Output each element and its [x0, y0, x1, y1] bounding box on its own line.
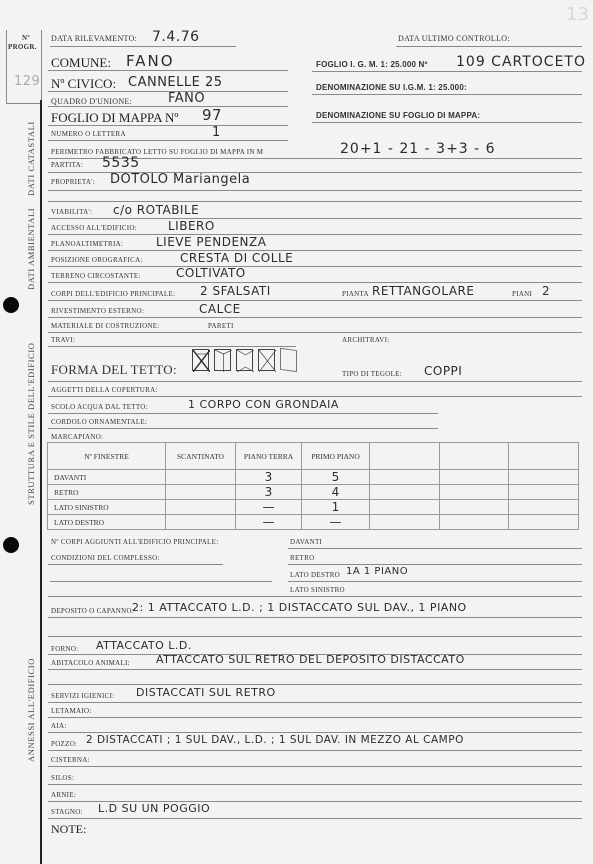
aggiunti-retro-label: RETRO: [290, 554, 314, 562]
scolo-label: SCOLO ACQUA DAL TETTO:: [51, 403, 148, 411]
col-header: SCANTINATO: [166, 443, 236, 470]
viabilita-value[interactable]: c/o ROTABILE: [113, 203, 199, 217]
pozzo-label: POZZO:: [51, 740, 77, 748]
table-row: LATO DESTRO — —: [48, 515, 579, 530]
travi-label: TRAVI:: [51, 336, 75, 344]
roof-hip-icon-selected[interactable]: [192, 349, 209, 371]
aggetti-label: AGGETTI DELLA COPERTURA:: [51, 386, 158, 394]
forma-tetto-label: FORMA DEL TETTO:: [51, 362, 177, 378]
rivestimento-value[interactable]: CALCE: [199, 302, 241, 316]
posizione-label: POSIZIONE OROGRAFICA:: [51, 256, 143, 264]
corpi-aggiunti-label: Nº CORPI AGGIUNTI ALL'EDIFICIO PRINCIPAL…: [51, 538, 218, 546]
marcapiano-label: MARCAPIANO:: [51, 433, 103, 441]
materiale-label: MATERIALE DI COSTRUZIONE:: [51, 322, 160, 330]
civico-value[interactable]: CANNELLE 25: [128, 75, 223, 90]
abitacolo-value[interactable]: ATTACCATO SUL RETRO DEL DEPOSITO DISTACC…: [156, 653, 465, 666]
data-ultimo-controllo-label: DATA ULTIMO CONTROLLO:: [398, 34, 510, 43]
windows-table: Nº FINESTRE SCANTINATO PIANO TERRA PRIMO…: [47, 442, 579, 530]
roof-gable-icon[interactable]: [214, 349, 231, 371]
section-dati-ambientali: DATI AMBIENTALI: [26, 208, 36, 290]
perimetro-value[interactable]: 20+1 - 21 - 3+3 - 6: [340, 141, 496, 157]
pareti-label: PARETI: [208, 322, 234, 330]
piani-label: PIANI: [512, 290, 532, 298]
denominazione-igm-label: DENOMINAZIONE SU I.G.M. 1: 25.000:: [316, 83, 467, 92]
planoaltimetria-label: PLANOALTIMETRIA:: [51, 240, 123, 248]
numero-lettera-value[interactable]: 1: [212, 125, 221, 140]
col-header: PIANO TERRA: [236, 443, 302, 470]
foglio-igm-value[interactable]: 109 CARTOCETO: [456, 54, 586, 70]
data-rilevamento-value[interactable]: 7.4.76: [152, 29, 200, 45]
comune-value[interactable]: FANO: [126, 52, 175, 70]
roof-hip-alt-icon[interactable]: [258, 349, 275, 371]
foglio-mappa-value[interactable]: 97: [202, 106, 222, 124]
col-header: PRIMO PIANO: [302, 443, 370, 470]
aggiunti-davanti-label: DAVANTI: [290, 538, 322, 546]
survey-form-page: 13 Nº PROGR. 129 DATI CATASTALI DATI AMB…: [0, 0, 593, 864]
rivestimento-label: RIVESTIMENTO ESTERNO:: [51, 307, 144, 315]
posizione-value[interactable]: CRESTA DI COLLE: [180, 251, 293, 265]
accesso-value[interactable]: LIBERO: [168, 219, 215, 233]
abitacolo-label: ABITACOLO ANIMALI:: [51, 659, 130, 667]
planoaltimetria-value[interactable]: LIEVE PENDENZA: [156, 235, 266, 249]
terreno-label: TERRENO CIRCOSTANTE:: [51, 272, 141, 280]
aia-label: AIA:: [51, 722, 67, 730]
col-header: [439, 443, 509, 470]
denominazione-mappa-label: DENOMINAZIONE SU FOGLIO DI MAPPA:: [316, 111, 480, 120]
stagno-label: STAGNO:: [51, 808, 83, 816]
pianta-label: PIANTA: [342, 290, 369, 298]
silos-label: SILOS:: [51, 774, 74, 782]
perimetro-label: PERIMETRO FABBRICATO LETTO SU FOGLIO DI …: [51, 148, 263, 156]
cordolo-label: CORDOLO ORNAMENTALE:: [51, 418, 147, 426]
section-dati-catastali: DATI CATASTALI: [26, 121, 36, 196]
proprieta-label: PROPRIETA':: [51, 178, 95, 186]
piani-value[interactable]: 2: [542, 284, 550, 298]
prog-label-n: Nº: [22, 34, 30, 42]
prog-label: PROGR.: [8, 43, 37, 51]
accesso-label: ACCESSO ALL'EDIFICIO:: [51, 224, 137, 232]
roof-shape-options: [192, 349, 302, 371]
cisterna-label: CISTERNA:: [51, 756, 90, 764]
condizioni-label: CONDIZIONI DEL COMPLESSO:: [51, 554, 160, 562]
corpi-label: CORPI DELL'EDIFICIO PRINCIPALE:: [51, 290, 175, 298]
table-row: LATO SINISTRO — 1: [48, 500, 579, 515]
table-row: DAVANTI 3 5: [48, 470, 579, 485]
deposito-label: DEPOSITO o CAPANNO:: [51, 607, 134, 615]
pianta-value[interactable]: RETTANGOLARE: [372, 284, 474, 298]
partita-label: PARTITA:: [51, 161, 83, 169]
architravi-label: ARCHITRAVI:: [342, 336, 390, 344]
numero-lettera-label: NUMERO o LETTERA: [51, 130, 126, 138]
tegole-label: TIPO DI TEGOLE:: [342, 370, 402, 378]
table-row: RETRO 3 4: [48, 485, 579, 500]
proprieta-value[interactable]: DOTOLO Mariangela: [110, 172, 250, 187]
quadro-unione-label: QUADRO D'UNIONE:: [51, 97, 132, 106]
aggiunti-lato-destro-label: LATO DESTRO: [290, 571, 340, 579]
scolo-value[interactable]: 1 CORPO CON GRONDAIA: [188, 398, 339, 411]
data-rilevamento-label: DATA RILEVAMENTO:: [51, 34, 137, 43]
servizi-value[interactable]: DISTACCATI SUL RETRO: [136, 686, 276, 699]
corner-mark: 13: [566, 4, 589, 25]
pozzo-value[interactable]: 2 DISTACCATI ; 1 SUL DAV., L.D. ; 1 SUL …: [86, 734, 464, 746]
foglio-mappa-label: FOGLIO DI MAPPA Nº: [51, 110, 178, 126]
viabilita-label: VIABILITA':: [51, 208, 92, 216]
col-header: [370, 443, 440, 470]
table-header-row: Nº FINESTRE SCANTINATO PIANO TERRA PRIMO…: [48, 443, 579, 470]
quadro-unione-value[interactable]: FANO: [168, 91, 205, 106]
forno-value[interactable]: ATTACCATO L.D.: [96, 639, 192, 652]
comune-label: COMUNE:: [51, 55, 111, 71]
col-header: [509, 443, 579, 470]
form-spine: [40, 100, 42, 864]
col-header: Nº FINESTRE: [48, 443, 166, 470]
tegole-value[interactable]: COPPI: [424, 364, 462, 378]
roof-gable-alt-icon[interactable]: [236, 349, 253, 371]
section-annessi: ANNESSI ALL'EDIFICIO: [26, 658, 36, 762]
servizi-label: SERVIZI IGIENICI:: [51, 692, 114, 700]
partita-value[interactable]: 5535: [102, 155, 140, 171]
aggiunti-lato-sinistro-label: LATO SINISTRO: [290, 586, 345, 594]
binder-hole: [3, 297, 19, 313]
civico-label: Nº CIVICO:: [51, 76, 116, 92]
stagno-value[interactable]: L.D SU UN POGGIO: [98, 802, 210, 815]
note-label: NOTE:: [51, 822, 86, 837]
roof-shed-icon[interactable]: [280, 348, 297, 372]
terreno-value[interactable]: COLTIVATO: [176, 266, 246, 280]
corpi-value[interactable]: 2 SFALSATI: [200, 284, 271, 298]
deposito-value[interactable]: 2: 1 ATTACCATO L.D. ; 1 DISTACCATO SUL D…: [132, 601, 467, 614]
arnie-label: ARNIE:: [51, 791, 76, 799]
section-struttura: STRUTTURA E STILE DELL'EDIFICIO: [26, 343, 36, 506]
aggiunti-lato-destro-value[interactable]: 1A 1 PIANO: [346, 566, 408, 577]
foglio-igm-label: FOGLIO I. G. M. 1: 25.000 Nº: [316, 60, 428, 69]
forno-label: FORNO:: [51, 645, 78, 653]
letamaio-label: LETAMAIO:: [51, 707, 92, 715]
binder-hole: [3, 537, 19, 553]
prog-value: 129: [14, 74, 40, 89]
